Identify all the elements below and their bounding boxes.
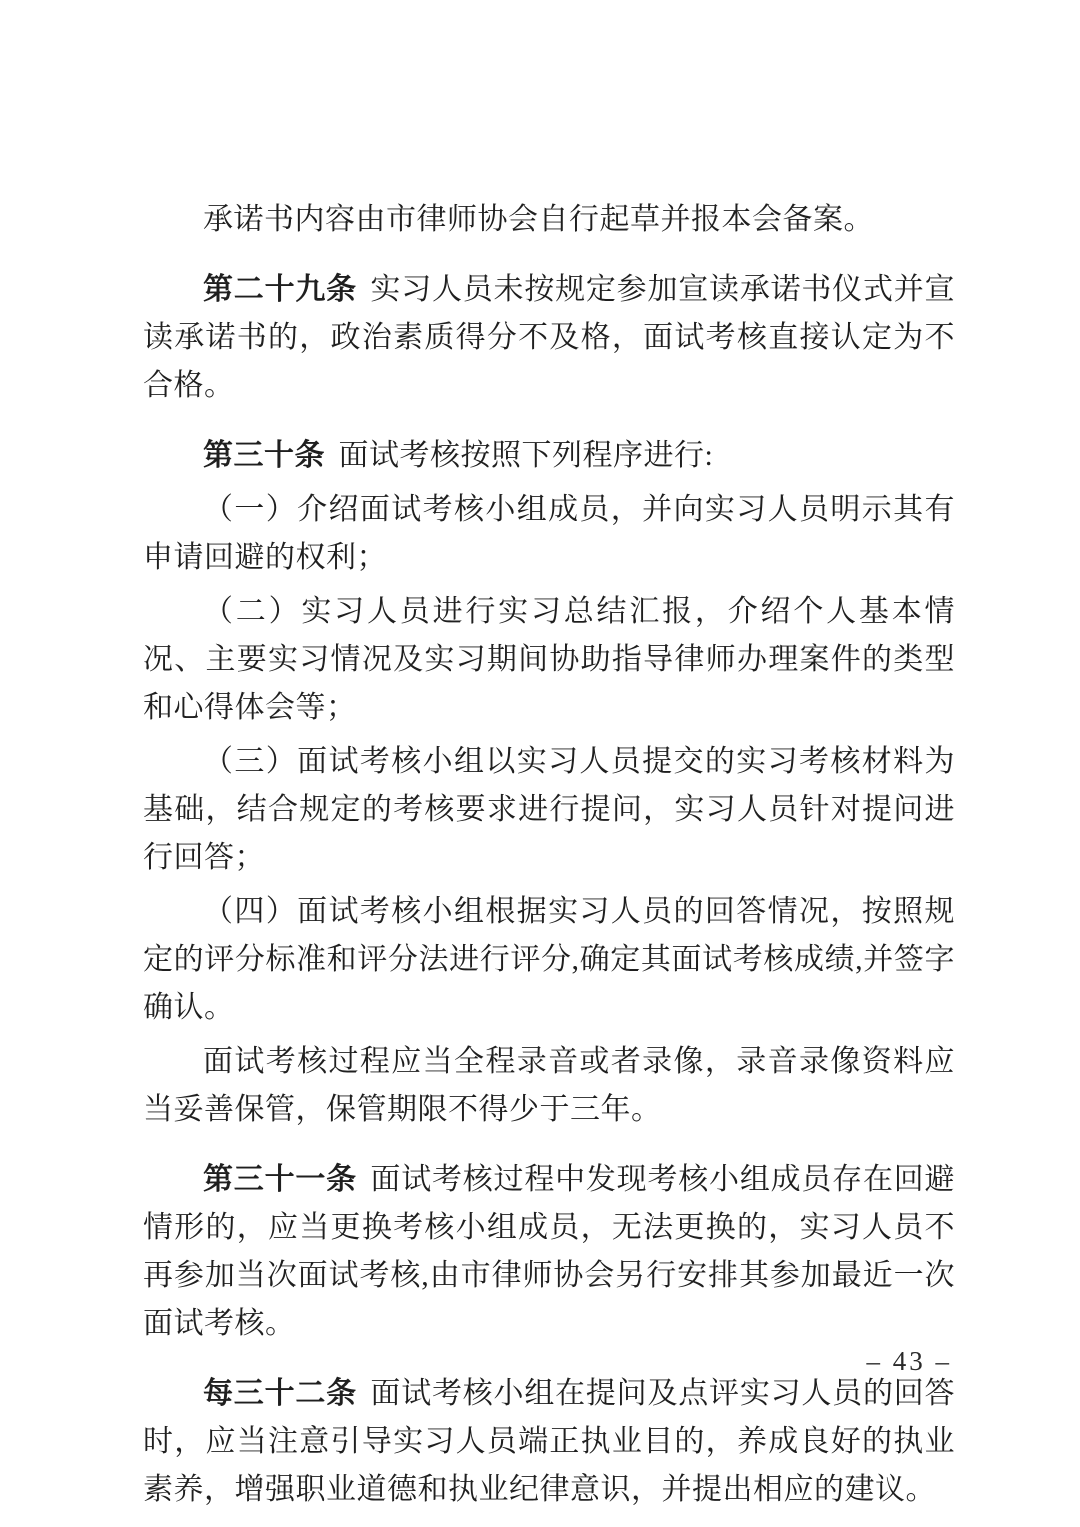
paragraph-text: （三）面试考核小组以实习人员提交的实习考核材料为基础，结合规定的考核要求进行提问…	[143, 745, 955, 874]
article-30-paragraph: 第三十条面试考核按照下列程序进行:	[143, 432, 955, 480]
article-30-item-4: （四）面试考核小组根据实习人员的回答情况，按照规定的评分标准和评分法进行评分,确…	[143, 888, 955, 1032]
paragraph-text: 面试考核过程应当全程录音或者录像，录音录像资料应当妥善保管，保管期限不得少于三年…	[143, 1045, 955, 1126]
article-30-item-3: （三）面试考核小组以实习人员提交的实习考核材料为基础，结合规定的考核要求进行提问…	[143, 738, 955, 882]
document-page: 承诺书内容由市律师协会自行起草并报本会备案。 第二十九条实习人员未按规定参加宣读…	[0, 0, 1080, 1527]
article-32-paragraph: 每三十二条面试考核小组在提问及点评实习人员的回答时，应当注意引导实习人员端正执业…	[143, 1370, 955, 1514]
article-30-recording-paragraph: 面试考核过程应当全程录音或者录像，录音录像资料应当妥善保管，保管期限不得少于三年…	[143, 1038, 955, 1134]
paragraph-commitment-filing: 承诺书内容由市律师协会自行起草并报本会备案。	[143, 196, 955, 244]
article-31-number: 第三十一条	[203, 1163, 357, 1196]
article-32-number: 每三十二条	[203, 1377, 357, 1410]
paragraph-text: 面试考核按照下列程序进行:	[339, 439, 714, 472]
article-30-item-2: （二）实习人员进行实习总结汇报，介绍个人基本情况、主要实习情况及实习期间协助指导…	[143, 588, 955, 732]
paragraph-text: （一）介绍面试考核小组成员，并向实习人员明示其有申请回避的权利；	[143, 493, 955, 574]
paragraph-text: 承诺书内容由市律师协会自行起草并报本会备案。	[203, 203, 874, 236]
article-31-paragraph: 第三十一条面试考核过程中发现考核小组成员存在回避情形的，应当更换考核小组成员，无…	[143, 1156, 955, 1348]
article-29-number: 第二十九条	[203, 273, 357, 306]
document-body: 承诺书内容由市律师协会自行起草并报本会备案。 第二十九条实习人员未按规定参加宣读…	[143, 196, 955, 1514]
article-30-number: 第三十条	[203, 439, 325, 472]
paragraph-text: （四）面试考核小组根据实习人员的回答情况，按照规定的评分标准和评分法进行评分,确…	[143, 895, 955, 1024]
article-30-item-1: （一）介绍面试考核小组成员，并向实习人员明示其有申请回避的权利；	[143, 486, 955, 582]
paragraph-text: （二）实习人员进行实习总结汇报，介绍个人基本情况、主要实习情况及实习期间协助指导…	[143, 595, 955, 724]
page-number: – 43 –	[867, 1346, 953, 1377]
article-29-paragraph: 第二十九条实习人员未按规定参加宣读承诺书仪式并宣读承诺书的，政治素质得分不及格，…	[143, 266, 955, 410]
